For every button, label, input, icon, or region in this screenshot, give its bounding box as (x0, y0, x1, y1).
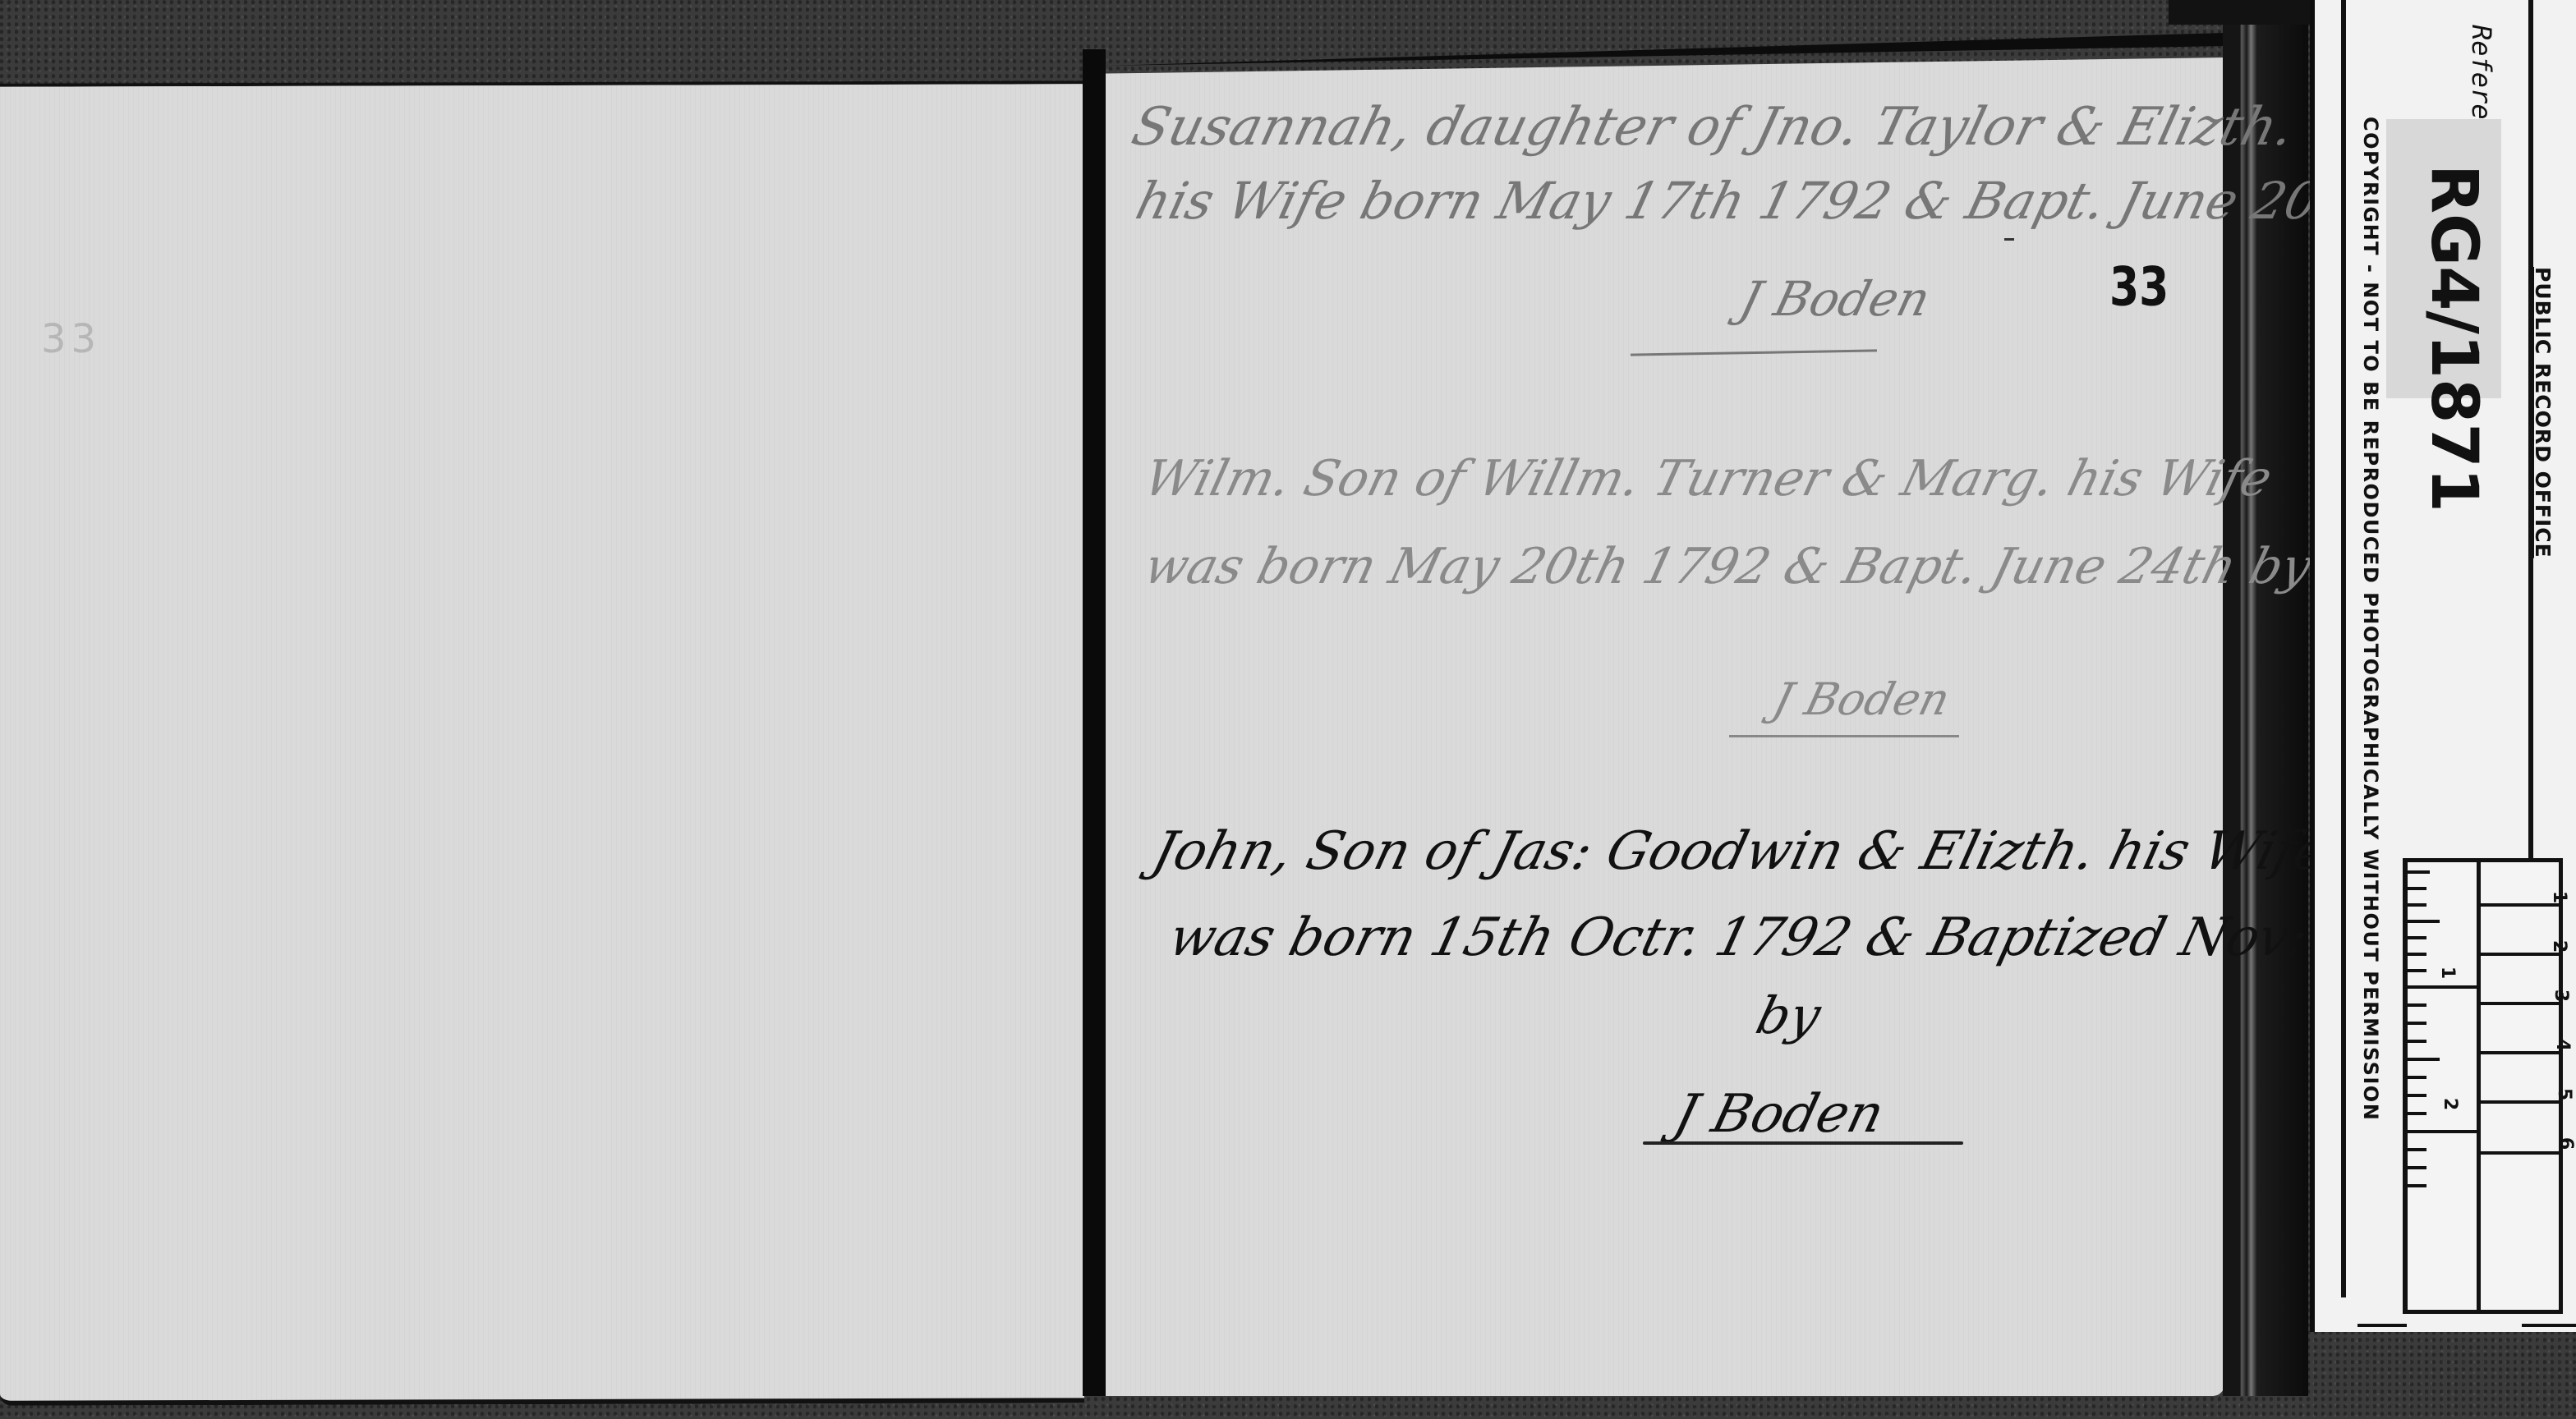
book-gutter (1083, 49, 1106, 1396)
ruler-tick-inch (2407, 985, 2479, 989)
left-page (0, 80, 1084, 1405)
card-office-name: PUBLIC RECORD OFFICE (2531, 267, 2555, 558)
ruler-tick (2407, 1022, 2426, 1025)
ruler-tick-cm (2481, 903, 2559, 907)
ruler-cm-label: 5 (2554, 1088, 2574, 1100)
card-reference-number: RG4/1871 (2417, 164, 2491, 512)
ruler-tick (2407, 870, 2430, 874)
ruler-tick (2407, 1003, 2426, 1007)
entry-2-signature: J Boden (1768, 673, 1955, 725)
card-frame-line (2341, 0, 2354, 1297)
ruler-tick-cm (2481, 953, 2559, 956)
ruler-tick (2407, 903, 2426, 907)
right-page (1106, 57, 2224, 1396)
ruler-tick-cm (2481, 1151, 2559, 1155)
entry-1-signature: J Boden (1735, 271, 1936, 327)
entry-3-signature: J Boden (1668, 1084, 1890, 1145)
ink-mark (2004, 238, 2014, 241)
left-page-faint-mark: 33 (41, 316, 101, 362)
ruler-tick (2407, 1184, 2426, 1187)
ruler-tick (2407, 1040, 2426, 1043)
page-number: 33 (2109, 257, 2169, 319)
scale-ruler (2403, 858, 2563, 1314)
entry-2-line-1: Wilm. Son of Willm. Turner & Marg. his W… (1138, 450, 2277, 507)
ruler-cm-label: 4 (2552, 1039, 2573, 1051)
ruler-tick (2407, 1112, 2426, 1115)
entry-2-line-2: was born May 20th 1792 & Bapt. June 24th… (1138, 538, 2317, 595)
entry-2-signature-flourish (1729, 735, 1959, 737)
ruler-tick (2407, 969, 2426, 972)
ruler-tick-cm (2481, 1002, 2559, 1005)
card-copyright-notice: COPYRIGHT - NOT TO BE REPRODUCED PHOTOGR… (2359, 117, 2382, 1121)
top-shadow-band (2169, 0, 2316, 25)
ruler-tick (2407, 920, 2440, 923)
card-bottom-mark (2357, 1324, 2407, 1327)
entry-1-line-2: his Wife born May 17th 1792 & Bapt. June… (1130, 171, 2456, 231)
ruler-inch-label: 1 (2437, 967, 2458, 979)
ruler-tick-inch (2407, 1130, 2479, 1133)
scale-ruler-divider (2477, 858, 2481, 1314)
ruler-tick (2407, 953, 2426, 956)
ruler-inch-label: 2 (2440, 1098, 2460, 1110)
ruler-tick (2407, 1166, 2426, 1169)
card-bottom-mark (2522, 1324, 2576, 1327)
ruler-cm-label: 1 (2549, 891, 2569, 903)
ruler-cm-label: 3 (2551, 990, 2571, 1002)
ruler-tick (2407, 887, 2426, 890)
ruler-cm-label: 6 (2555, 1137, 2576, 1150)
entry-1-line-1: Susannah, daughter of Jno. Taylor & Eliz… (1126, 97, 2301, 158)
ruler-tick (2407, 1094, 2426, 1097)
ruler-tick (2407, 1076, 2426, 1079)
ruler-tick-cm (2481, 1051, 2559, 1054)
entry-3-line-1: John, Son of Jas: Goodwin & Elizth. his … (1147, 821, 2334, 882)
ruler-tick (2407, 1148, 2426, 1151)
ruler-tick (2407, 936, 2426, 939)
entry-3-signature-flourish (1643, 1141, 1963, 1145)
ruler-cm-label: 2 (2549, 940, 2569, 953)
ruler-tick-cm (2481, 1100, 2559, 1104)
entry-3-line-2: was born 15th Octr. 1792 & Baptized Nov:… (1163, 907, 2419, 968)
ruler-tick (2407, 1058, 2440, 1061)
